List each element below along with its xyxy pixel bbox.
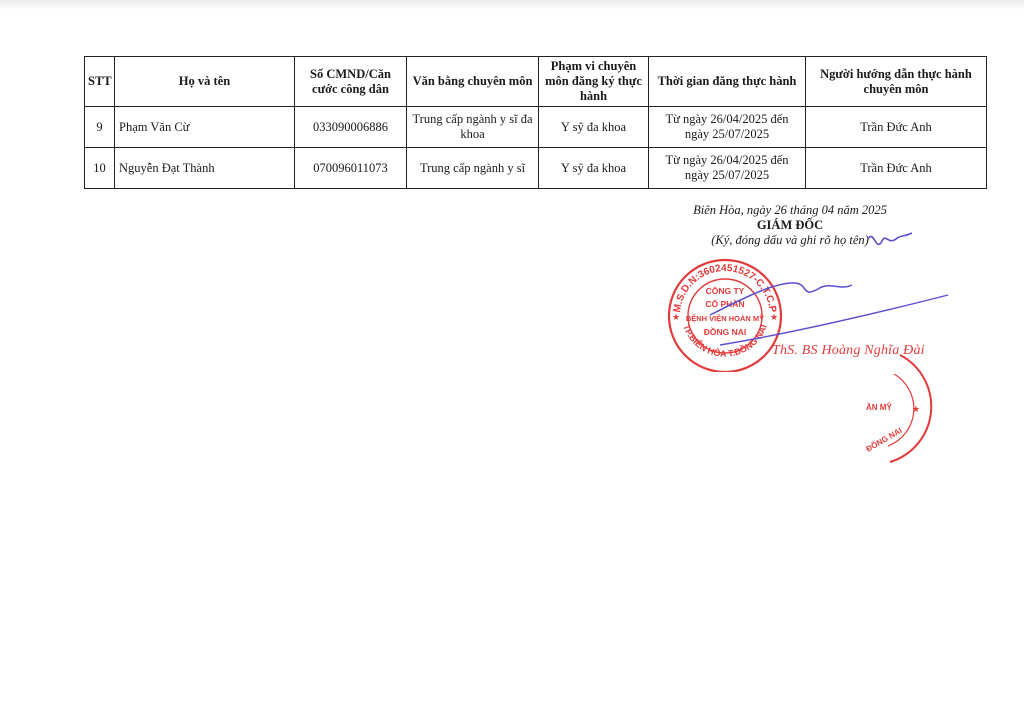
cell-period: Từ ngày 26/04/2025 đến ngày 25/07/2025 [649,107,806,148]
handwritten-signature-icon [690,225,960,355]
cell-period: Từ ngày 26/04/2025 đến ngày 25/07/2025 [649,148,806,189]
header-name: Họ và tên [115,57,295,107]
cell-id-number: 070096011073 [295,148,407,189]
cell-supervisor: Trần Đức Anh [806,107,987,148]
table-row: 9 Phạm Văn Cừ 033090006886 Trung cấp ngà… [85,107,987,148]
cell-degree: Trung cấp ngành y sĩ đa khoa [407,107,539,148]
header-scope: Phạm vi chuyên môn đăng ký thực hành [539,57,649,107]
signer-name: ThS. BS Hoàng Nghĩa Đài [772,343,925,359]
scan-edge [0,0,1024,10]
cell-stt: 10 [85,148,115,189]
place-date: Biên Hòa, ngày 26 tháng 04 năm 2025 [660,203,920,218]
cell-degree: Trung cấp ngành y sĩ [407,148,539,189]
header-id-number: Số CMND/Căn cước công dân [295,57,407,107]
header-degree: Văn bằng chuyên môn [407,57,539,107]
stamp-partial-icon: ★ ẦN MỸ ĐỒNG NAI [860,350,960,470]
header-period: Thời gian đăng thực hành [649,57,806,107]
header-stt: STT [85,57,115,107]
cell-name: Phạm Văn Cừ [115,107,295,148]
table-row: 10 Nguyễn Đạt Thành 070096011073 Trung c… [85,148,987,189]
header-supervisor: Người hướng dẫn thực hành chuyên môn [806,57,987,107]
svg-text:★: ★ [912,404,920,414]
cell-stt: 9 [85,107,115,148]
svg-text:★: ★ [672,312,680,322]
cell-supervisor: Trần Đức Anh [806,148,987,189]
practitioner-table: STT Họ và tên Số CMND/Căn cước công dân … [84,56,987,189]
table-header-row: STT Họ và tên Số CMND/Căn cước công dân … [85,57,987,107]
cell-id-number: 033090006886 [295,107,407,148]
cell-scope: Y sỹ đa khoa [539,107,649,148]
svg-text:ĐỒNG NAI: ĐỒNG NAI [864,425,904,454]
cell-scope: Y sỹ đa khoa [539,148,649,189]
svg-text:ẦN MỸ: ẦN MỸ [866,402,892,412]
cell-name: Nguyễn Đạt Thành [115,148,295,189]
